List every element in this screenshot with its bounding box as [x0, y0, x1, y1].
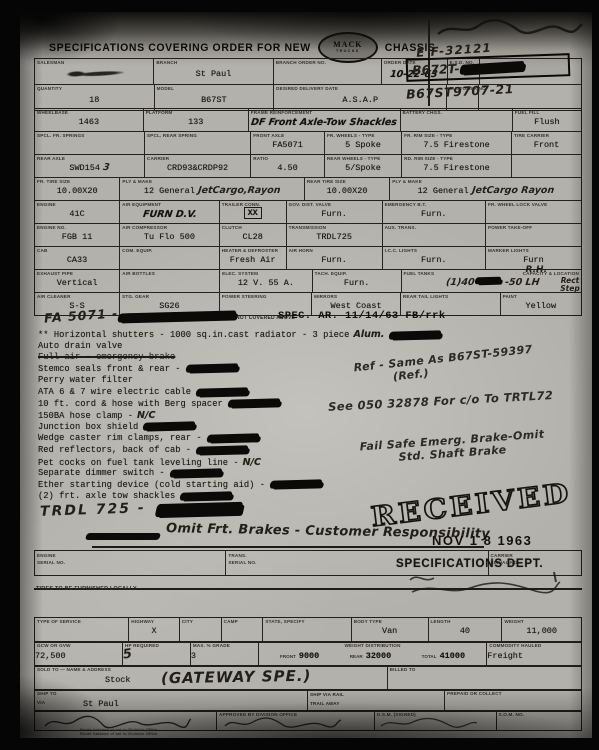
- cell-value: Furn.: [421, 209, 447, 219]
- cell-label: SHIP TO: [37, 691, 57, 696]
- cell-value: CRD93&CRDP92: [167, 163, 228, 173]
- cell-value: SWD154: [69, 163, 100, 173]
- mack-logo-subtext: TRUCKS: [336, 50, 360, 54]
- form-cell: HIGHWAYX: [128, 618, 179, 642]
- cell-label: SPCL. FR. SPRINGS: [37, 133, 85, 138]
- cell-value: Tu Flo 500: [144, 232, 195, 242]
- cell-label: GOV. DIST. VALVE: [289, 202, 332, 207]
- cell-label: RATIO: [253, 156, 268, 161]
- redaction-mark: [155, 502, 244, 517]
- cell-label: BATTERY CHGS.: [403, 110, 443, 115]
- form-cell: REAR AXLESWD1543: [35, 155, 144, 177]
- service-table: TYPE OF SERVICEHIGHWAYXCITYCAMPSTATE, SP…: [34, 617, 582, 643]
- form-cell: TRANSMISSIONTRDL725: [286, 224, 382, 246]
- commodity-cell: COMMODITY HAULED Freight: [486, 642, 581, 666]
- prepaid-cell: PREPAID OR COLLECT: [444, 690, 581, 711]
- redaction-mark: [269, 480, 323, 489]
- item-handwritten: N/C: [137, 410, 155, 421]
- handwritten-underline: [92, 546, 484, 548]
- form-cell: ELEC. SYSTEM12 V. 55 A.: [219, 270, 312, 292]
- cell-label: TYPE OF SERVICE: [37, 619, 81, 624]
- handwritten-scrawl: [404, 568, 564, 600]
- form-cell: CABCA33: [35, 247, 119, 269]
- cell-value-handwritten: -50 LH: [505, 277, 541, 288]
- cell-value-handwritten: JetCargo Rayon: [471, 185, 554, 196]
- cell-label: BRANCH: [156, 60, 177, 65]
- cell-label: PLATFORM: [146, 110, 173, 115]
- cell-label: WEIGHT: [504, 619, 524, 624]
- cell-value: 72,500: [35, 651, 66, 661]
- cell-label: FR. RIM SIZE - TYPE: [404, 133, 452, 138]
- cell-label: TRAIL AWAY: [310, 701, 344, 706]
- cell-value: CA33: [67, 255, 87, 265]
- fine-print: Route balance of set to Division Office …: [80, 728, 158, 737]
- header-handwritten-block: E F-32121 B672T- B67ST9707-21: [406, 40, 586, 97]
- weights-row: GCW OR GVW 72,500 HP REQUIRED 5 MAX. % G…: [34, 641, 582, 667]
- form-cell: PLATFORM133: [143, 109, 248, 131]
- cell-label: HP REQUIRED: [125, 643, 159, 648]
- cell-label: REAR TIRE SIZE: [307, 179, 346, 184]
- form-cell: FRONT AXLEFA5071: [250, 132, 324, 154]
- equipment-list-item: Separate dimmer switch -: [38, 468, 582, 480]
- equipment-list-item: Perry water filter: [38, 375, 582, 387]
- item-text: Full air - emergency brake: [38, 352, 175, 362]
- item-handwritten: N/C: [243, 457, 261, 468]
- cell-label: FR. TIRE SIZE: [37, 179, 70, 184]
- cell-label: ENGINE: [37, 553, 56, 558]
- cell-label: FR. WHEELS - TYPE: [327, 133, 375, 138]
- form-cell: FR. RIM SIZE - TYPE7.5 Firestone: [401, 132, 511, 154]
- form-paper: SPECIFICATIONS COVERING ORDER FOR NEW MA…: [20, 12, 592, 738]
- form-cell: EXHAUST PIPEVertical: [35, 270, 119, 292]
- cell-value: B67ST: [201, 95, 227, 105]
- form-cell: FR. WHEELS - TYPE5 Spoke: [324, 132, 401, 154]
- cell-value: XX: [244, 207, 262, 219]
- cell-label: TRANS.: [228, 553, 246, 558]
- form-cell: CARRIERCRD93&CRDP92: [144, 155, 250, 177]
- cell-label: SOLD TO — NAME & ADDRESS: [37, 667, 111, 672]
- cell-value: Furn.: [321, 255, 347, 265]
- form-row: TYPE OF SERVICEHIGHWAYXCITYCAMPSTATE, SP…: [35, 618, 581, 642]
- tires-note: TIRES TO BE FURNISHED LOCALLY: [36, 586, 137, 592]
- form-cell: HEATER & DEFROSTERFresh Air: [219, 247, 286, 269]
- weight-distribution-values: FRONT9000 REAR32000 TOTAL41000: [259, 651, 487, 661]
- cell-label: QUANTITY: [37, 86, 62, 91]
- cell-label: MAX. % GRADE: [193, 643, 230, 648]
- form-cell: WEIGHT11,000: [501, 618, 581, 642]
- engine-serial-cell: ENGINE SERIAL NO.: [35, 551, 225, 575]
- cell-label: REAR AXLE: [37, 156, 65, 161]
- item-text: Red reflectors, back of cab -: [38, 445, 191, 455]
- cell-label: COMMODITY HAULED: [489, 643, 541, 648]
- cell-label: FRAME REINFORCEMENT: [251, 110, 312, 115]
- som-number-cell: S.O.M. NO.: [496, 711, 581, 730]
- cell-label: AUX. TRANS.: [385, 225, 417, 230]
- cell-label: CAB: [37, 248, 48, 253]
- cell-value: Fresh Air: [230, 255, 276, 265]
- cell-value: 133: [188, 117, 203, 127]
- form-cell: BRANCH ORDER NO.: [273, 59, 381, 84]
- cell-label: WEIGHT DISTRIBUTION: [344, 643, 400, 648]
- redaction-mark: [179, 491, 233, 500]
- cell-value: 12 V. 55 A.: [238, 278, 294, 288]
- form-cell: I.C.C. LIGHTSFurn.: [382, 247, 485, 269]
- form-cell: AIR BOTTLES: [119, 270, 219, 292]
- cell-label: TRANSMISSION: [289, 225, 327, 230]
- cell-value-handwritten: 5: [122, 646, 133, 662]
- hp-cell: HP REQUIRED 5: [122, 642, 190, 666]
- cell-value: TRDL725: [316, 232, 352, 242]
- sold-to-cell: SOLD TO — NAME & ADDRESS Stock (GATEWAY …: [35, 666, 387, 690]
- cell-value: 10.00X20: [327, 186, 368, 196]
- cell-label: TIRE CARRIER: [514, 133, 549, 138]
- equipment-list-item: Pet cocks on fuel tank leveling line -N/…: [38, 457, 582, 469]
- cell-label: SERIAL NO.: [228, 560, 256, 565]
- cell-label: REAR WHEELS - TYPE: [327, 156, 381, 161]
- form-cell: SPCL. REAR SPRING: [144, 132, 250, 154]
- form-cell: SALESMAN: [35, 59, 153, 84]
- cell-value: Flush: [534, 117, 560, 127]
- cell-label: CITY: [182, 619, 193, 624]
- form-cell: POWER TAKE-OFF: [485, 224, 581, 246]
- mack-logo-text: MACK: [333, 41, 362, 49]
- form-title-text: SPECIFICATIONS COVERING ORDER FOR NEW: [49, 41, 311, 54]
- cell-label: TACH. EQUIP.: [315, 271, 347, 276]
- redaction-mark: [475, 277, 503, 285]
- item-text: ** Horizontal shutters - 1000 sq.in.cast…: [38, 330, 349, 340]
- form-cell: FUEL FILLFlush: [512, 109, 581, 131]
- cell-value: DF Front Axle-Tow Shackles: [251, 117, 398, 128]
- form-cell: GOV. DIST. VALVEFurn.: [286, 201, 382, 223]
- cell-value: 7.5 Firestone: [423, 140, 489, 150]
- weight-distribution-cell: WEIGHT DISTRIBUTION FRONT9000 REAR32000 …: [258, 642, 487, 666]
- form-row: WHEELBASE1463PLATFORM133FRAME REINFORCEM…: [35, 109, 581, 131]
- cell-label: PREPAID OR COLLECT: [447, 691, 502, 696]
- cell-label: CARRIER: [147, 156, 169, 161]
- fine-print-line: Route balance of set to Division Office: [80, 732, 158, 736]
- form-cell: TYPE OF SERVICE: [35, 618, 128, 642]
- cell-label: D.S.M. (SIGNED): [377, 712, 416, 717]
- item-text: 10 ft. cord & hose with Berg spacer: [38, 399, 223, 409]
- cell-value: Stock: [105, 675, 131, 685]
- cell-value: Front: [534, 140, 560, 150]
- form-cell: FRAME REINFORCEMENTDF Front Axle-Tow Sha…: [248, 109, 400, 131]
- cell-label: AIR BOTTLES: [122, 271, 155, 276]
- cell-label: CAPACITY & LOCATION: [523, 271, 579, 276]
- spec-approval-text: SPEC. AR. 11/14/63 FB/rrk: [278, 310, 446, 322]
- total-weight: 41000: [440, 651, 466, 661]
- cell-label: HEATER & DEFROSTER: [222, 248, 278, 253]
- redaction-mark: [195, 387, 249, 396]
- cell-label: ENGINE: [37, 202, 56, 207]
- form-cell: AIR EQUIPMENTFURN D.V.: [119, 201, 219, 223]
- cell-value: 12 General: [144, 186, 195, 196]
- cell-value: 18: [89, 95, 99, 105]
- cell-label: EXHAUST PIPE: [37, 271, 73, 276]
- rear-weight: 32000: [366, 651, 392, 661]
- handwritten-gateway-note: (GATEWAY SPE.): [161, 667, 312, 688]
- form-cell: AIR COMPRESSORTu Flo 500: [119, 224, 219, 246]
- cell-label: FR. WHEEL LOCK VALVE: [488, 202, 547, 207]
- sold-row: SOLD TO — NAME & ADDRESS Stock (GATEWAY …: [34, 665, 582, 691]
- form-cell: BODY TYPEVan: [351, 618, 428, 642]
- redaction-mark: [388, 330, 442, 339]
- redaction-mark: [185, 364, 239, 373]
- cell-label: AIR COMPRESSOR: [122, 225, 167, 230]
- cell-label: CAMP: [224, 619, 238, 624]
- cell-label: VIA: [37, 700, 45, 705]
- form-row: ENGINE NO.FGB 11AIR COMPRESSORTu Flo 500…: [35, 223, 581, 246]
- redaction-mark: [227, 399, 281, 408]
- form-cell: TRAILER CONN.XX: [219, 201, 286, 223]
- cell-label: FRONT AXLE: [253, 133, 284, 138]
- cell-label: AIR HORN: [289, 248, 313, 253]
- date-stamp: NOV 1 8 1963: [432, 533, 532, 548]
- cell-value: 5 Spoke: [345, 140, 381, 150]
- handwritten-boxed-number: B672T-: [406, 53, 571, 82]
- cell-value: 4.50: [277, 163, 297, 173]
- item-text: Pet cocks on fuel tank leveling line -: [38, 458, 239, 468]
- item-handwritten: Alum.: [353, 329, 384, 340]
- cell-label: POWER TAKE-OFF: [488, 225, 532, 230]
- form-cell: ENGINE41C: [35, 201, 119, 223]
- cell-value: X: [151, 626, 156, 636]
- signature-scrawl: [379, 716, 479, 730]
- cell-label: BODY TYPE: [354, 619, 382, 624]
- division-approval-cell: APPROVED BY DIVISION OFFICE: [216, 711, 374, 730]
- form-row: EXHAUST PIPEVerticalAIR BOTTLESELEC. SYS…: [35, 269, 581, 292]
- form-cell: AIR HORNFurn.: [286, 247, 382, 269]
- cell-value: 41C: [69, 209, 84, 219]
- cell-label: SALESMAN: [37, 60, 64, 65]
- form-cell: TIRE CARRIERFront: [511, 132, 581, 154]
- cell-value: 1463: [79, 117, 99, 127]
- cell-value: 5/Spoke: [345, 163, 381, 173]
- cell-label: AIR CLEANER: [37, 294, 71, 299]
- cell-label: GCW OR GVW: [37, 643, 71, 648]
- equipment-list-item: 150BA hose clamp -N/C: [38, 410, 582, 422]
- screenshot-root: { "header": { "title": "SPECIFICATIONS C…: [0, 0, 599, 750]
- form-cell: EMERGENCY B.T.Furn.: [382, 201, 485, 223]
- redaction-mark: [195, 445, 249, 454]
- form-row: REAR AXLESWD1543CARRIERCRD93&CRDP92RATIO…: [35, 154, 581, 177]
- cell-label: REAR TAIL LIGHTS: [403, 294, 448, 299]
- cell-label: BRANCH ORDER NO.: [276, 60, 326, 65]
- cell-value: Van: [382, 626, 397, 636]
- form-row: SPCL. FR. SPRINGSSPCL. REAR SPRINGFRONT …: [35, 131, 581, 154]
- form-cell: CAMP: [221, 618, 263, 642]
- cell-value: FGB 11: [62, 232, 93, 242]
- form-cell: RATIO4.50: [250, 155, 324, 177]
- tires-note-row: TIRES TO BE FURNISHED LOCALLY: [36, 577, 137, 595]
- cell-value: 3: [191, 651, 196, 661]
- cell-label: BILLED TO: [390, 667, 416, 672]
- cell-label: HIGHWAY: [131, 619, 154, 624]
- handwritten-trdl-note: TRDL 725 -: [40, 501, 242, 519]
- ship-to-cell: SHIP TO VIA St Paul: [35, 690, 307, 711]
- redaction-mark: [169, 468, 223, 477]
- form-cell: STATE, SPECIFY: [262, 618, 350, 642]
- cell-label: PLY & MAKE: [392, 179, 422, 184]
- dsm-signed-cell: D.S.M. (SIGNED): [374, 711, 496, 730]
- cell-label: PLY & MAKE: [122, 179, 152, 184]
- cell-label: SPCL. REAR SPRING: [147, 133, 197, 138]
- signature-scrawl: [223, 716, 343, 730]
- cell-label: RD. RIM SIZE - TYPE: [404, 156, 453, 161]
- cell-value: Freight: [487, 651, 523, 661]
- cell-value: FURN D.V.: [142, 209, 197, 220]
- item-text: Perry water filter: [38, 375, 133, 385]
- ship-via-cell: SHIP VIA RAIL TRAIL AWAY: [307, 690, 444, 711]
- form-cell: FUEL TANKSCAPACITY & LOCATION(1)40-50 LH…: [401, 270, 581, 292]
- cell-label: EMERGENCY B.T.: [385, 202, 427, 207]
- item-text: Wedge caster rim clamps, rear -: [38, 433, 202, 443]
- form-cell: FR. TIRE SIZE10.00X20: [35, 178, 119, 200]
- item-text: 150BA hose clamp -: [38, 411, 133, 421]
- form-cell: CLUTCHCL28: [219, 224, 286, 246]
- item-text: Ether starting device (cold starting aid…: [38, 480, 265, 490]
- cell-label: APPROVED BY DIVISION OFFICE: [219, 712, 297, 717]
- cell-value: Furn.: [344, 278, 370, 288]
- cell-label: FUEL FILL: [515, 110, 540, 115]
- form-cell: MODELB67ST: [154, 85, 274, 110]
- cell-value-handwritten: (1)40: [445, 277, 475, 288]
- redaction-mark: [459, 60, 525, 74]
- cell-value-handwritten: JetCargo,Rayon: [197, 185, 281, 196]
- form-cell: FR. WHEEL LOCK VALVE: [485, 201, 581, 223]
- ship-row: SHIP TO VIA St Paul SHIP VIA RAIL TRAIL …: [34, 689, 582, 712]
- cell-value: Furn: [523, 255, 543, 265]
- item-text: Stemco seals front & rear -: [38, 364, 181, 374]
- cell-value: St Paul: [196, 69, 232, 79]
- cell-value: Furn.: [321, 209, 347, 219]
- form-cell: SPCL. FR. SPRINGS: [35, 132, 144, 154]
- cell-label: LENGTH: [431, 619, 451, 624]
- cell-label: DESIRED DELIVERY DATE: [276, 86, 338, 91]
- redaction-mark: [142, 422, 196, 431]
- item-text: (2) frt. axle tow shackles: [38, 491, 175, 501]
- cell-label: POWER STEERING: [222, 294, 267, 299]
- cell-value: 12 General: [418, 186, 469, 196]
- cell-label: CLUTCH: [222, 225, 242, 230]
- redaction-mark: [41, 41, 43, 54]
- handwritten-scrawl: [64, 66, 124, 79]
- cell-label: SHIP VIA RAIL: [310, 692, 344, 697]
- cell-label: MIRRORS: [314, 294, 337, 299]
- spec-grid-table: WHEELBASE1463PLATFORM133FRAME REINFORCEM…: [34, 108, 582, 316]
- cell-label: PAINT: [503, 294, 517, 299]
- cell-label: STATE, SPECIFY: [265, 619, 304, 624]
- front-weight: 9000: [299, 651, 319, 661]
- item-text: Auto drain valve: [38, 341, 122, 351]
- form-cell: PLY & MAKE12 GeneralJetCargo,Rayon: [119, 178, 303, 200]
- cell-value: FA5071: [272, 140, 303, 150]
- cell-label: S.O.M. NO.: [499, 712, 525, 717]
- cell-label: SERIAL NO.: [37, 560, 65, 565]
- item-text: ATA 6 & 7 wire electric cable: [38, 387, 191, 397]
- cell-label: ELEC. SYSTEM: [222, 271, 258, 276]
- cell-label: COM. EQUIP.: [122, 248, 152, 253]
- redaction-strike: [85, 533, 161, 540]
- cell-label: I.C.C. LIGHTS: [385, 248, 417, 253]
- cell-value: 11,000: [526, 626, 557, 636]
- cell-label: AIR EQUIPMENT: [122, 202, 161, 207]
- form-row: CABCA33COM. EQUIP.HEATER & DEFROSTERFres…: [35, 246, 581, 269]
- cell-value: Furn.: [421, 255, 447, 265]
- cell-value: CL28: [242, 232, 262, 242]
- form-cell: CITY: [179, 618, 221, 642]
- form-cell: RD. RIM SIZE - TYPE7.5 Firestone: [401, 155, 511, 177]
- form-cell: BRANCHSt Paul: [153, 59, 272, 84]
- item-text: Junction box shield: [38, 422, 138, 432]
- equipment-list-item: ** Horizontal shutters - 1000 sq.in.cast…: [38, 329, 582, 341]
- gvw-cell: GCW OR GVW 72,500: [35, 642, 122, 666]
- cell-value: 7.5 Firestone: [423, 163, 489, 173]
- form-cell: BATTERY CHGS.: [400, 109, 512, 131]
- form-cell: ENGINE NO.FGB 11: [35, 224, 119, 246]
- cell-label: WHEELBASE: [37, 110, 68, 115]
- grade-cell: MAX. % GRADE 3: [190, 642, 258, 666]
- form-cell: AUX. TRANS.: [382, 224, 485, 246]
- spec-notes-line: FA 5071 - LIST BELOW ALL ITEMS OF EQUIPM…: [34, 308, 582, 328]
- form-cell: REAR WHEELS - TYPE5/Spoke: [324, 155, 401, 177]
- item-text: Separate dimmer switch -: [38, 468, 165, 478]
- cell-label: ENGINE NO.: [37, 225, 66, 230]
- form-cell: QUANTITY18: [35, 85, 154, 110]
- cell-label: FUEL TANKS: [404, 271, 435, 276]
- cell-label: TRAILER CONN.: [222, 202, 261, 207]
- cell-value: 10.00X20: [57, 186, 98, 196]
- form-cell: [511, 155, 581, 177]
- cell-label: MARKER LIGHTS: [488, 248, 529, 253]
- form-cell: LENGTH40: [428, 618, 502, 642]
- form-row: ENGINE41CAIR EQUIPMENTFURN D.V.TRAILER C…: [35, 200, 581, 223]
- cell-value: A.S.A.P: [342, 95, 378, 105]
- form-cell: TACH. EQUIP.Furn.: [312, 270, 401, 292]
- cell-value: Vertical: [57, 278, 98, 288]
- billed-to-cell: BILLED TO: [387, 666, 581, 690]
- form-cell: COM. EQUIP.: [119, 247, 219, 269]
- handwritten-axle-note: FA 5071 -: [44, 305, 119, 325]
- cell-value-handwritten: 3: [102, 162, 110, 173]
- cell-label: STG. GEAR: [122, 294, 149, 299]
- cell-annotation: Rect Step: [557, 277, 583, 294]
- form-cell: PLY & MAKE12 GeneralJetCargo Rayon: [389, 178, 581, 200]
- cell-label: MODEL: [157, 86, 175, 91]
- cell-value: 40: [460, 626, 470, 636]
- redaction-mark: [206, 433, 260, 442]
- form-cell: WHEELBASE1463: [35, 109, 143, 131]
- cell-value: St Paul: [83, 699, 119, 709]
- form-cell: REAR TIRE SIZE10.00X20: [304, 178, 389, 200]
- form-row: FR. TIRE SIZE10.00X20PLY & MAKE12 Genera…: [35, 177, 581, 200]
